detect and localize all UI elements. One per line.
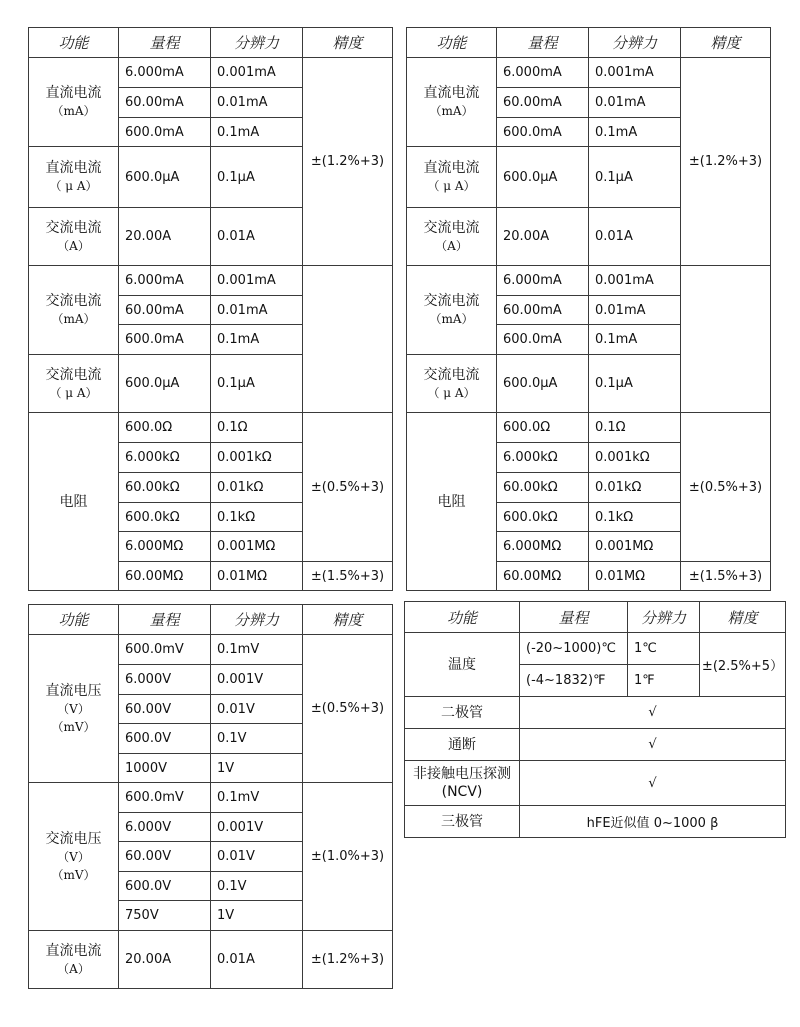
accuracy-cell: ±(1.2%+3) [303,58,393,266]
range-cell: 600.0μA [119,147,211,208]
resolution-cell: 0.01MΩ [211,562,303,591]
resolution-cell: 0.001mA [211,58,303,88]
resolution-cell: 0.01V [211,842,303,872]
range-cell: 60.00mA [497,296,589,325]
range-cell: 600.0mV [119,635,211,665]
accuracy-cell: ±(1.5%+3) [681,562,771,591]
resolution-cell: 0.01mA [211,88,303,118]
range-cell: 6.000V [119,813,211,842]
resolution-cell: 0.1V [211,872,303,901]
range-cell: 600.0V [119,872,211,901]
resolution-cell: 0.01kΩ [211,473,303,503]
resolution-cell: 0.1μA [211,147,303,208]
accuracy-cell: ±(1.5%+3) [303,562,393,591]
resolution-cell: 0.001mA [589,266,681,296]
diode-support: √ [520,697,786,729]
function-temperature: 温度 [405,633,520,697]
resolution-cell: 0.1V [211,724,303,754]
range-cell: (-4~1832)℉ [520,665,628,697]
header-accuracy: 精度 [303,28,393,58]
header-range: 量程 [520,602,628,633]
header-function: 功能 [29,28,119,58]
ncv-support: √ [520,761,786,806]
resolution-cell: 0.001MΩ [589,532,681,562]
range-cell: 60.00kΩ [119,473,211,503]
function-dc-ua: 直流电流（ μ A） [407,147,497,208]
resolution-cell: 0.001MΩ [211,532,303,562]
resolution-cell: 0.001V [211,665,303,695]
range-cell: 20.00A [119,931,211,989]
resolution-cell: 0.01kΩ [589,473,681,503]
range-cell: 6.000mA [497,58,589,88]
resolution-cell: 0.1mA [211,325,303,355]
accuracy-cell: ±(0.5%+3) [303,413,393,562]
header-resolution: 分辨力 [211,605,303,635]
range-cell: 600.0μA [497,147,589,208]
range-cell: 60.00kΩ [497,473,589,503]
range-cell: 600.0mV [119,783,211,813]
function-ac-voltage: 交流电压（V）（mV） [29,783,119,931]
function-ac-ua: 交流电流（ μ A） [407,355,497,413]
function-dc-ua: 直流电流（ μ A） [29,147,119,208]
resolution-cell: 0.1kΩ [211,503,303,532]
resolution-cell: 0.001kΩ [589,443,681,473]
range-cell: 60.00mA [119,88,211,118]
resolution-cell: 0.01mA [589,296,681,325]
header-function: 功能 [29,605,119,635]
other-functions-table: 功能 量程 分辨力 精度 温度 (-20~1000)℃ 1℃ ±(2.5%+5）… [404,601,786,838]
range-cell: 600.0V [119,724,211,754]
range-cell: 6.000MΩ [497,532,589,562]
resolution-cell: 0.01mA [589,88,681,118]
resolution-cell: 0.1μA [211,355,303,413]
range-cell: 600.0Ω [497,413,589,443]
header-accuracy: 精度 [303,605,393,635]
range-cell: 600.0Ω [119,413,211,443]
range-cell: 600.0μA [497,355,589,413]
range-cell: 20.00A [119,208,211,266]
resolution-cell: 0.1mV [211,783,303,813]
range-cell: 600.0mA [119,325,211,355]
function-ac-ma: 交流电流（mA） [29,266,119,355]
range-cell: (-20~1000)℃ [520,633,628,665]
resolution-cell: 0.01A [211,208,303,266]
accuracy-cell: ±(1.2%+3) [303,931,393,989]
range-cell: 6.000mA [119,58,211,88]
range-cell: 60.00mA [497,88,589,118]
function-resistance: 电阻 [29,413,119,591]
current-resistance-table-right: 功能 量程 分辨力 精度 直流电流（mA） 6.000mA 0.001mA ±(… [406,27,771,591]
resolution-cell: 0.01MΩ [589,562,681,591]
range-cell: 600.0mA [497,325,589,355]
resolution-cell: 0.001mA [211,266,303,296]
resolution-cell: 0.1mA [589,325,681,355]
resolution-cell: 0.1mV [211,635,303,665]
header-resolution: 分辨力 [589,28,681,58]
range-cell: 6.000mA [497,266,589,296]
resolution-cell: 0.01A [589,208,681,266]
accuracy-cell: ±(2.5%+5） [700,633,786,697]
function-resistance: 电阻 [407,413,497,591]
range-cell: 6.000kΩ [119,443,211,473]
range-cell: 60.00V [119,842,211,872]
accuracy-cell: ±(1.0%+3) [303,783,393,931]
resolution-cell: 0.1μA [589,147,681,208]
range-cell: 600.0mA [119,118,211,147]
resolution-cell: 0.1μA [589,355,681,413]
function-dc-ma: 直流电流（mA） [29,58,119,147]
accuracy-cell: ±(1.2%+3) [681,58,771,266]
resolution-cell: 0.1Ω [589,413,681,443]
resolution-cell: 0.01V [211,695,303,724]
range-cell: 60.00V [119,695,211,724]
accuracy-cell: ±(0.5%+3) [303,635,393,783]
resolution-cell: 1℃ [628,633,700,665]
function-ac-ua: 交流电流（ μ A） [29,355,119,413]
function-dc-voltage: 直流电压（V）（mV） [29,635,119,783]
range-cell: 6.000V [119,665,211,695]
function-transistor: 三极管 [405,806,520,838]
resolution-cell: 0.1kΩ [589,503,681,532]
range-cell: 6.000kΩ [497,443,589,473]
resolution-cell: 0.001kΩ [211,443,303,473]
resolution-cell: 1℉ [628,665,700,697]
resolution-cell: 1V [211,901,303,931]
header-resolution: 分辨力 [211,28,303,58]
header-range: 量程 [119,605,211,635]
header-resolution: 分辨力 [628,602,700,633]
range-cell: 1000V [119,754,211,783]
continuity-support: √ [520,729,786,761]
function-ac-a: 交流电流（A） [407,208,497,266]
range-cell: 600.0mA [497,118,589,147]
current-resistance-table-left: 功能 量程 分辨力 精度 直流电流（mA） 6.000mA 0.001mA ±(… [28,27,393,591]
header-range: 量程 [497,28,589,58]
range-cell: 600.0kΩ [497,503,589,532]
function-ac-a: 交流电流（A） [29,208,119,266]
voltage-table: 功能 量程 分辨力 精度 直流电压（V）（mV） 600.0mV 0.1mV ±… [28,604,393,989]
function-ncv: 非接触电压探测(NCV) [405,761,520,806]
header-range: 量程 [119,28,211,58]
function-dc-ma: 直流电流（mA） [407,58,497,147]
range-cell: 600.0kΩ [119,503,211,532]
function-ac-ma: 交流电流（mA） [407,266,497,355]
range-cell: 6.000MΩ [119,532,211,562]
resolution-cell: 0.1mA [589,118,681,147]
resolution-cell: 0.1mA [211,118,303,147]
range-cell: 6.000mA [119,266,211,296]
resolution-cell: 0.001V [211,813,303,842]
resolution-cell: 0.01A [211,931,303,989]
range-cell: 20.00A [497,208,589,266]
accuracy-cell: ±(0.5%+3) [681,413,771,562]
header-function: 功能 [405,602,520,633]
header-accuracy: 精度 [681,28,771,58]
resolution-cell: 0.01mA [211,296,303,325]
range-cell: 600.0μA [119,355,211,413]
range-cell: 60.00MΩ [119,562,211,591]
resolution-cell: 0.001mA [589,58,681,88]
function-continuity: 通断 [405,729,520,761]
range-cell: 60.00mA [119,296,211,325]
resolution-cell: 0.1Ω [211,413,303,443]
header-accuracy: 精度 [700,602,786,633]
range-cell: 60.00MΩ [497,562,589,591]
function-diode: 二极管 [405,697,520,729]
header-function: 功能 [407,28,497,58]
range-cell: 750V [119,901,211,931]
resolution-cell: 1V [211,754,303,783]
transistor-value: hFE近似值 0~1000 β [520,806,786,838]
function-dc-current-a: 直流电流（A） [29,931,119,989]
